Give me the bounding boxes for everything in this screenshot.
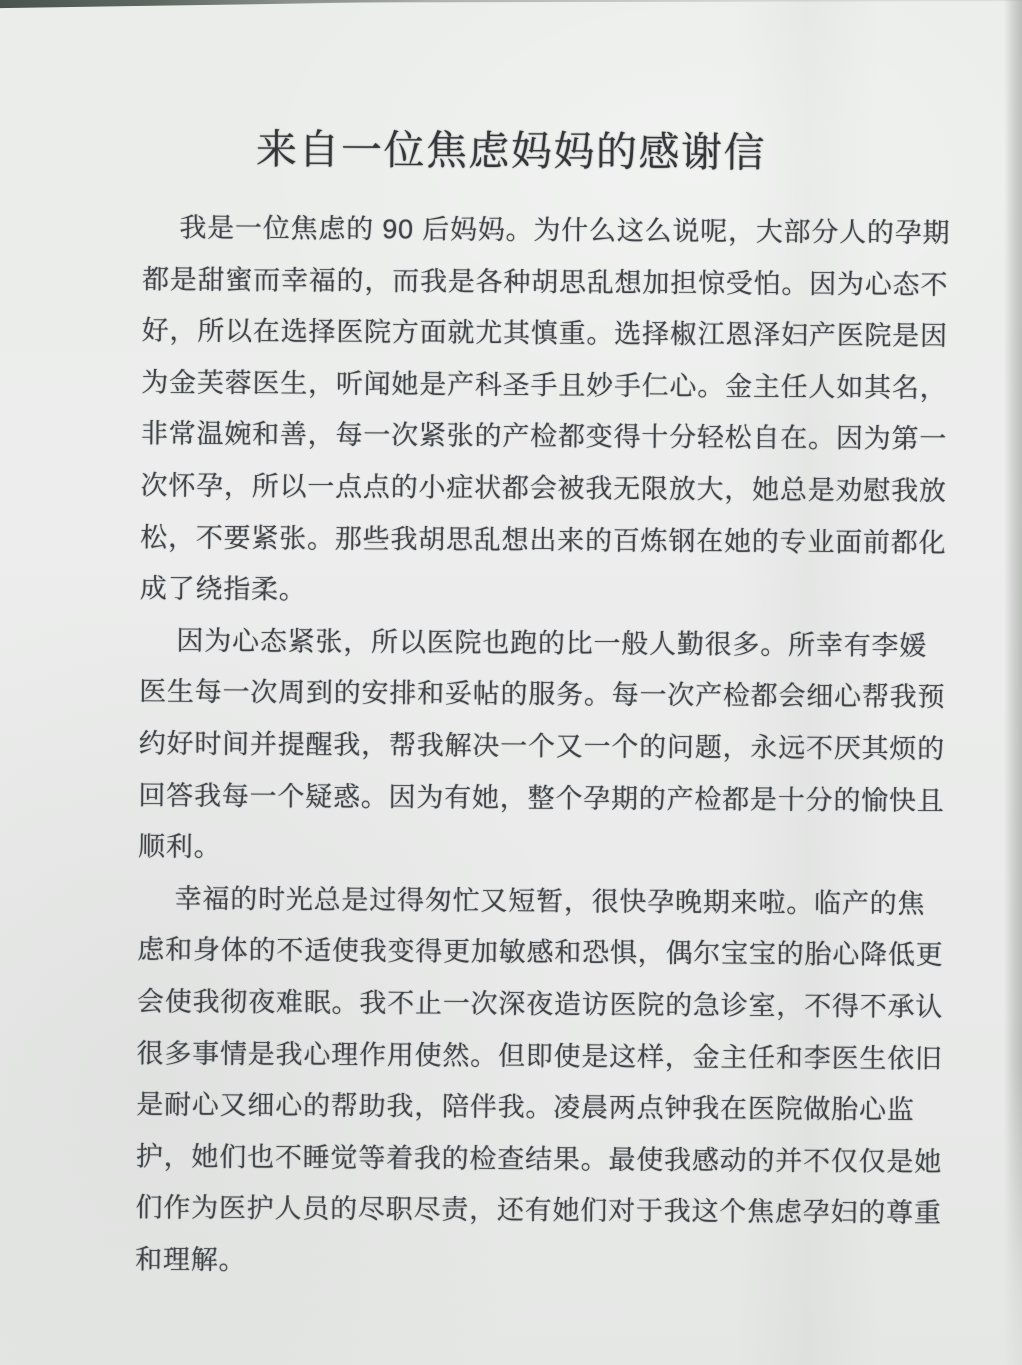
letter-line: 成了绕指柔。: [140, 564, 910, 621]
letter-line: 们作为医护人员的尽职尽责，还有她们对于我这个焦虑孕妇的尊重: [135, 1183, 905, 1240]
letter-body: 我是一位焦虑的 90 后妈妈。为什么这么说呢，大部分人的孕期 都是甜蜜而幸福的，…: [135, 202, 913, 1291]
letter-line: 为金芙蓉医生，听闻她是产科圣手且妙手仁心。金主任人如其名，: [141, 357, 911, 414]
letter-line: 会使我彻夜难眠。我不止一次深夜造访医院的急诊室，不得不承认: [137, 976, 907, 1033]
letter-line: 医生每一次周到的安排和妥帖的服务。每一次产检都会细心帮我预: [139, 667, 909, 724]
paragraph-3: 幸福的时光总是过得匆忙又短暂，很快孕晚期来啦。临产的焦 虑和身体的不适使我变得更…: [135, 873, 908, 1291]
paragraph-2: 因为心态紧张，所以医院也跑的比一般人勤很多。所幸有李媛 医生每一次周到的安排和妥…: [138, 615, 910, 878]
letter-line: 松，不要紧张。那些我胡思乱想出来的百炼钢在她的专业面前都化: [140, 512, 910, 569]
letter-line: 是耐心又细心的帮助我，陪伴我。凌晨两点钟我在医院做胎心监: [136, 1080, 906, 1137]
letter-line: 虑和身体的不适使我变得更加敏感和恐惧，偶尔宝宝的胎心降低更: [137, 925, 907, 982]
letter-line: 次怀孕，所以一点点的小症状都会被我无限放大，她总是劝慰我放: [140, 460, 910, 517]
letter-line: 回答我每一个疑惑。因为有她，整个孕期的产检都是十分的愉快且: [138, 770, 908, 827]
letter-line: 幸福的时光总是过得匆忙又短暂，很快孕晚期来啦。临产的焦: [138, 873, 908, 930]
letter-line: 顺利。: [138, 822, 908, 879]
photographed-letter: 来自一位焦虑妈妈的感谢信 我是一位焦虑的 90 后妈妈。为什么这么说呢，大部分人…: [0, 0, 1022, 1365]
letter-line: 和理解。: [135, 1234, 905, 1291]
letter-line: 我是一位焦虑的 90 后妈妈。为什么这么说呢，大部分人的孕期: [142, 202, 912, 259]
letter-line: 约好时间并提醒我，帮我解决一个又一个的问题，永远不厌其烦的: [139, 718, 909, 775]
letter-line: 因为心态紧张，所以医院也跑的比一般人勤很多。所幸有李媛: [139, 615, 909, 672]
letter-line: 护，她们也不睡觉等着我的检查结果。最使我感动的并不仅仅是她: [136, 1131, 906, 1188]
letter-line: 都是甜蜜而幸福的，而我是各种胡思乱想加担惊受怕。因为心态不: [142, 254, 912, 311]
letter-page: 来自一位焦虑妈妈的感谢信 我是一位焦虑的 90 后妈妈。为什么这么说呢，大部分人…: [0, 0, 1022, 1365]
paper-right-edge-shadow: [1004, 0, 1022, 1365]
letter-title: 来自一位焦虑妈妈的感谢信: [0, 114, 1022, 180]
letter-line: 非常温婉和善，每一次紧张的产检都变得十分轻松自在。因为第一: [141, 409, 911, 466]
paragraph-1: 我是一位焦虑的 90 后妈妈。为什么这么说呢，大部分人的孕期 都是甜蜜而幸福的，…: [140, 202, 913, 620]
letter-line: 很多事情是我心理作用使然。但即使是这样，金主任和李医生依旧: [136, 1028, 906, 1085]
letter-line: 好，所以在选择医院方面就尤其慎重。选择椒江恩泽妇产医院是因: [141, 306, 911, 363]
